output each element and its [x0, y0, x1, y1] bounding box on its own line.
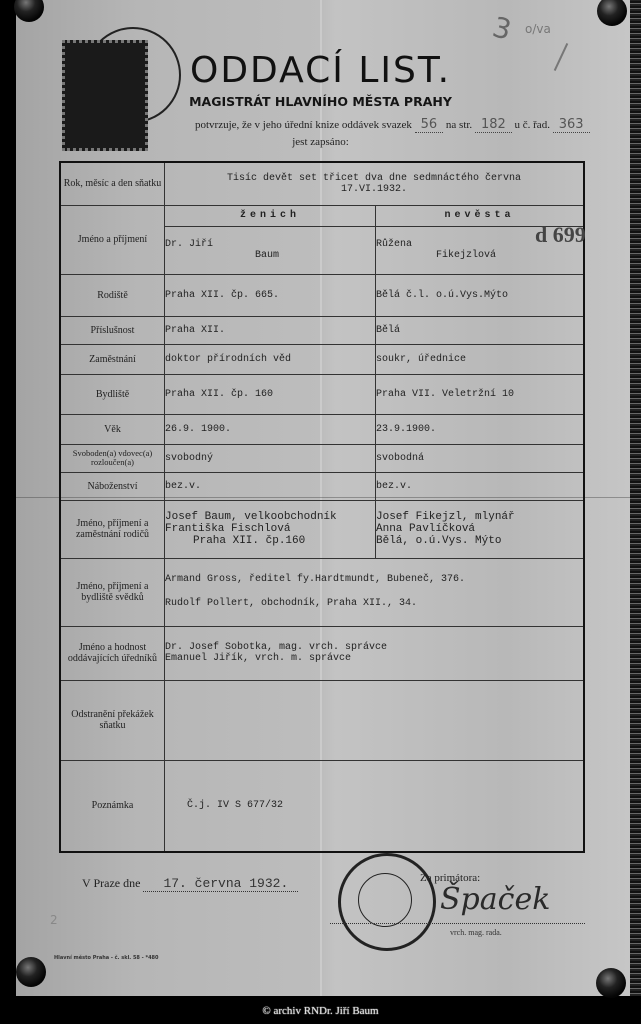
rivet-icon [596, 968, 626, 998]
signer-title: vrch. mag. rada. [450, 928, 502, 937]
entry-label: u č. řad. [515, 119, 550, 131]
bride-value: svobodná [376, 444, 585, 472]
table-row: Svoboden(a) vdovec(a) rozloučen(a) svobo… [60, 444, 584, 472]
groom-father: Josef Baum, velkoobchodník [165, 511, 375, 523]
written-label: jest zapsáno: [0, 136, 641, 148]
groom-value: Praha XII. [165, 316, 376, 344]
photo-edge [630, 0, 641, 996]
bride-value: Praha VII. Veletržní 10 [376, 374, 585, 414]
row-label: Svoboden(a) vdovec(a) rozloučen(a) [60, 444, 165, 472]
note-value: Č.j. IV S 677/32 [165, 760, 585, 852]
table-row: Jméno a hodnost oddávajících úředníků Dr… [60, 626, 584, 680]
groom-value: svobodný [165, 444, 376, 472]
obstacles-value [165, 680, 585, 760]
table-row: Náboženství bez.v. bez.v. [60, 472, 584, 500]
date-text: Tisíc devět set třicet dva dne sedmnácté… [165, 173, 583, 184]
table-row: Bydliště Praha XII. čp. 160 Praha VII. V… [60, 374, 584, 414]
confirm-line: potvrzuje, že v jeho úřední knize oddáve… [195, 117, 590, 132]
document-title: ODDACÍ LIST. [0, 50, 641, 91]
date-cell: Tisíc devět set třicet dva dne sedmnácté… [165, 162, 585, 205]
bride-value: Bělá [376, 316, 585, 344]
groom-first-name: Dr. Jiří [165, 239, 375, 250]
volume-value: 56 [415, 117, 444, 133]
confirm-prefix: potvrzuje, že v jeho úřední knize oddáve… [195, 119, 412, 131]
groom-name: Dr. Jiří Baum [165, 226, 376, 274]
note-label: Poznámka [60, 760, 165, 852]
row-label: Rodiště [60, 274, 165, 316]
official-1: Dr. Josef Sobotka, mag. vrch. správce [165, 642, 583, 653]
date-numeric: 17.VI.1932. [165, 184, 583, 195]
witnesses-label: Jméno, příjmení a bydliště svědků [60, 558, 165, 626]
table-row: Příslušnost Praha XII. Bělá [60, 316, 584, 344]
groom-value: bez.v. [165, 472, 376, 500]
obstacles-label: Odstranění překážek sňatku [60, 680, 165, 760]
bride-mother: Anna Pavlíčková [376, 523, 583, 535]
place-label: V Praze dne [82, 876, 140, 890]
groom-mother: Františka Fischlová [165, 523, 375, 535]
table-row: Rodiště Praha XII. čp. 665. Bělá č.l. o.… [60, 274, 584, 316]
printer-imprint: Hlavní město Praha - č. skl. 58 - *480 [54, 955, 159, 961]
pencil-mark: 2 [50, 913, 58, 927]
witness-2: Rudolf Pollert, obchodník, Praha XII., 3… [165, 592, 583, 616]
bride-value: bez.v. [376, 472, 585, 500]
groom-parents: Josef Baum, velkoobchodník Františka Fis… [165, 500, 376, 558]
official-2: Emanuel Jiřík, vrch. m. správce [165, 653, 583, 664]
groom-surname: Baum [165, 250, 375, 261]
copyright-caption: © archiv RNDr. Jiří Baum [0, 1005, 641, 1017]
table-row: Odstranění překážek sňatku [60, 680, 584, 760]
rivet-icon [16, 957, 46, 987]
table-row: Jméno, příjmení a bydliště svědků Armand… [60, 558, 584, 626]
seal-inner-ring [358, 873, 412, 927]
table-row: Věk 26.9. 1900. 23.9.1900. [60, 414, 584, 444]
register-letter: d [535, 222, 547, 247]
row-label: Příslušnost [60, 316, 165, 344]
date-label: Rok, měsíc a den sňatku [60, 162, 165, 205]
table-row: Jméno, příjmení a zaměstnání rodičů Jose… [60, 500, 584, 558]
register-number: 699 [553, 222, 586, 247]
row-label: Bydliště [60, 374, 165, 414]
groom-header: ženich [165, 205, 376, 226]
officials-label: Jméno a hodnost oddávajících úředníků [60, 626, 165, 680]
groom-value: 26.9. 1900. [165, 414, 376, 444]
groom-value: doktor přírodních věd [165, 344, 376, 374]
marriage-form-table: Rok, měsíc a den sňatku Tisíc devět set … [59, 161, 585, 853]
row-label: Zaměstnání [60, 344, 165, 374]
page-label: na str. [446, 119, 472, 131]
page-value: 182 [475, 117, 512, 133]
row-label: Náboženství [60, 472, 165, 500]
bride-value: Bělá č.l. o.ú.Vys.Mýto [376, 274, 585, 316]
signature: Špaček [440, 882, 550, 917]
table-row: Jméno a příjmení ženich nevěsta [60, 205, 584, 226]
row-label: Jméno a příjmení [60, 205, 165, 274]
bride-parents-address: Bělá, o.ú.Vys. Mýto [376, 535, 583, 547]
place-date-line: V Praze dne 17. června 1932. [82, 876, 298, 891]
table-row: Rok, měsíc a den sňatku Tisíc devět set … [60, 162, 584, 205]
register-stamp: d 699 [535, 222, 586, 248]
groom-value: Praha XII. čp. 665. [165, 274, 376, 316]
bride-parents: Josef Fikejzl, mlynář Anna Pavlíčková Bě… [376, 500, 585, 558]
row-label: Věk [60, 414, 165, 444]
witnesses-cell: Armand Gross, ředitel fy.Hardtmundt, Bub… [165, 558, 585, 626]
issuer: MAGISTRÁT HLAVNÍHO MĚSTA PRAHY [0, 94, 641, 109]
pencil-note-small: o/va [525, 22, 551, 36]
bride-surname: Fikejzlová [376, 250, 583, 261]
table-row: Zaměstnání doktor přírodních věd soukr, … [60, 344, 584, 374]
groom-parents-address: Praha XII. čp.160 [165, 535, 375, 547]
bride-value: soukr, úřednice [376, 344, 585, 374]
witness-1: Armand Gross, ředitel fy.Hardtmundt, Bub… [165, 568, 583, 592]
place-date: 17. června 1932. [143, 876, 298, 892]
groom-value: Praha XII. čp. 160 [165, 374, 376, 414]
parents-label: Jméno, příjmení a zaměstnání rodičů [60, 500, 165, 558]
table-row: Poznámka Č.j. IV S 677/32 [60, 760, 584, 852]
bride-value: 23.9.1900. [376, 414, 585, 444]
signature-line [330, 923, 585, 924]
bride-father: Josef Fikejzl, mlynář [376, 511, 583, 523]
officials-cell: Dr. Josef Sobotka, mag. vrch. správce Em… [165, 626, 585, 680]
entry-value: 363 [553, 117, 590, 133]
